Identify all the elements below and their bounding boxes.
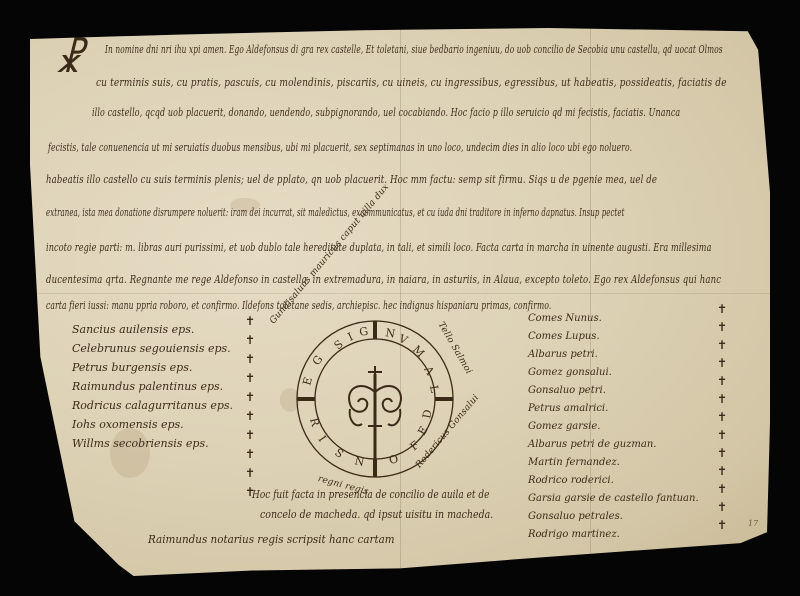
body-line-7: incoto regie parti: m. libras auri puris… [46,240,712,254]
witness-list-nobles: Comes Nunus. Comes Lupus. Albarus petri.… [528,310,699,544]
svg-text:N: N [384,326,396,341]
witness-entry: Comes Lupus. [528,328,699,346]
chrismon-icon: ☧ [54,37,84,81]
witness-entry: Iohs oxomensis eps. [72,415,233,434]
witness-entry: Petrus burgensis eps. [72,358,233,377]
body-line-5: habeatis illo castello cu suis terminis … [46,172,657,186]
body-line-4: fecistis, tale conuenencia ut mi seruiat… [48,140,632,154]
confirm-crosses-left: ✝✝✝✝✝✝✝✝✝✝ [244,312,256,502]
svg-text:V: V [396,332,411,348]
svg-text:F: F [408,438,422,453]
witness-entry: Comes Nunus. [528,310,699,328]
witness-entry: Petrus amalrici. [528,400,699,418]
witness-entry: Rodricus calagurritanus eps. [72,396,233,415]
witness-entry: Sancius auilensis eps. [72,320,233,339]
closing-line-2: concelo de macheda. qd ipsut uisitu in m… [260,507,493,521]
rota-royal-seal: S I G N V M A L D E F O N S I R E G [290,314,460,484]
witness-entry: Raimundus palentinus eps. [72,377,233,396]
witness-entry: Gonsaluo petri. [528,382,699,400]
svg-text:S: S [332,337,346,352]
closing-line-1: Hoc fuit facta in presencia de concilio … [252,487,489,501]
witness-entry: Garsia garsie de castello fantuan. [528,490,699,508]
svg-text:S: S [332,446,346,461]
body-line-6: extranea, ista mea donatione disrumpere … [46,205,624,219]
body-line-2: cu terminis suis, cu pratis, pascuis, cu… [96,75,727,89]
svg-text:R: R [307,416,322,428]
page-number: 17 [748,519,758,528]
body-line-8: ducentesima qrta. Regnante me rege Aldef… [46,272,721,286]
body-line-3: illo castello, qcqd uob placuerit, donan… [92,105,680,119]
fold-line-horizontal [30,293,770,294]
witness-entry: Albarus petri. [528,346,699,364]
witness-entry: Martin fernandez. [528,454,699,472]
svg-text:N: N [353,454,365,469]
witness-entry: Celebrunus segouiensis eps. [72,339,233,358]
witness-entry: Gomez gonsalui. [528,364,699,382]
scribe-signature-line: Raimundus notarius regis scripsit hanc c… [148,532,395,546]
witness-entry: Gonsaluo petrales. [528,508,699,526]
body-line-1: In nomine dni nri ihu xpi amen. Ego Alde… [105,42,723,56]
witness-entry: Albarus petri de guzman. [528,436,699,454]
svg-text:E: E [300,376,315,387]
svg-text:G: G [310,353,326,368]
svg-text:I: I [346,330,355,344]
svg-text:D: D [420,408,434,419]
witness-entry: Rodrico roderici. [528,472,699,490]
witness-entry: Rodrigo martinez. [528,526,699,544]
confirm-crosses-right: ✝✝✝✝✝✝✝✝✝✝✝✝✝ [716,300,728,534]
witness-list-bishops: Sancius auilensis eps. Celebrunus segoui… [72,320,233,453]
svg-text:M: M [410,343,427,360]
svg-text:I: I [316,433,329,444]
witness-entry: Willms secobriensis eps. [72,434,233,453]
body-line-9: carta fieri iussi: manu ppria roboro, et… [46,298,551,312]
svg-text:A: A [421,363,437,378]
svg-text:G: G [358,325,369,339]
witness-entry: Gomez garsie. [528,418,699,436]
